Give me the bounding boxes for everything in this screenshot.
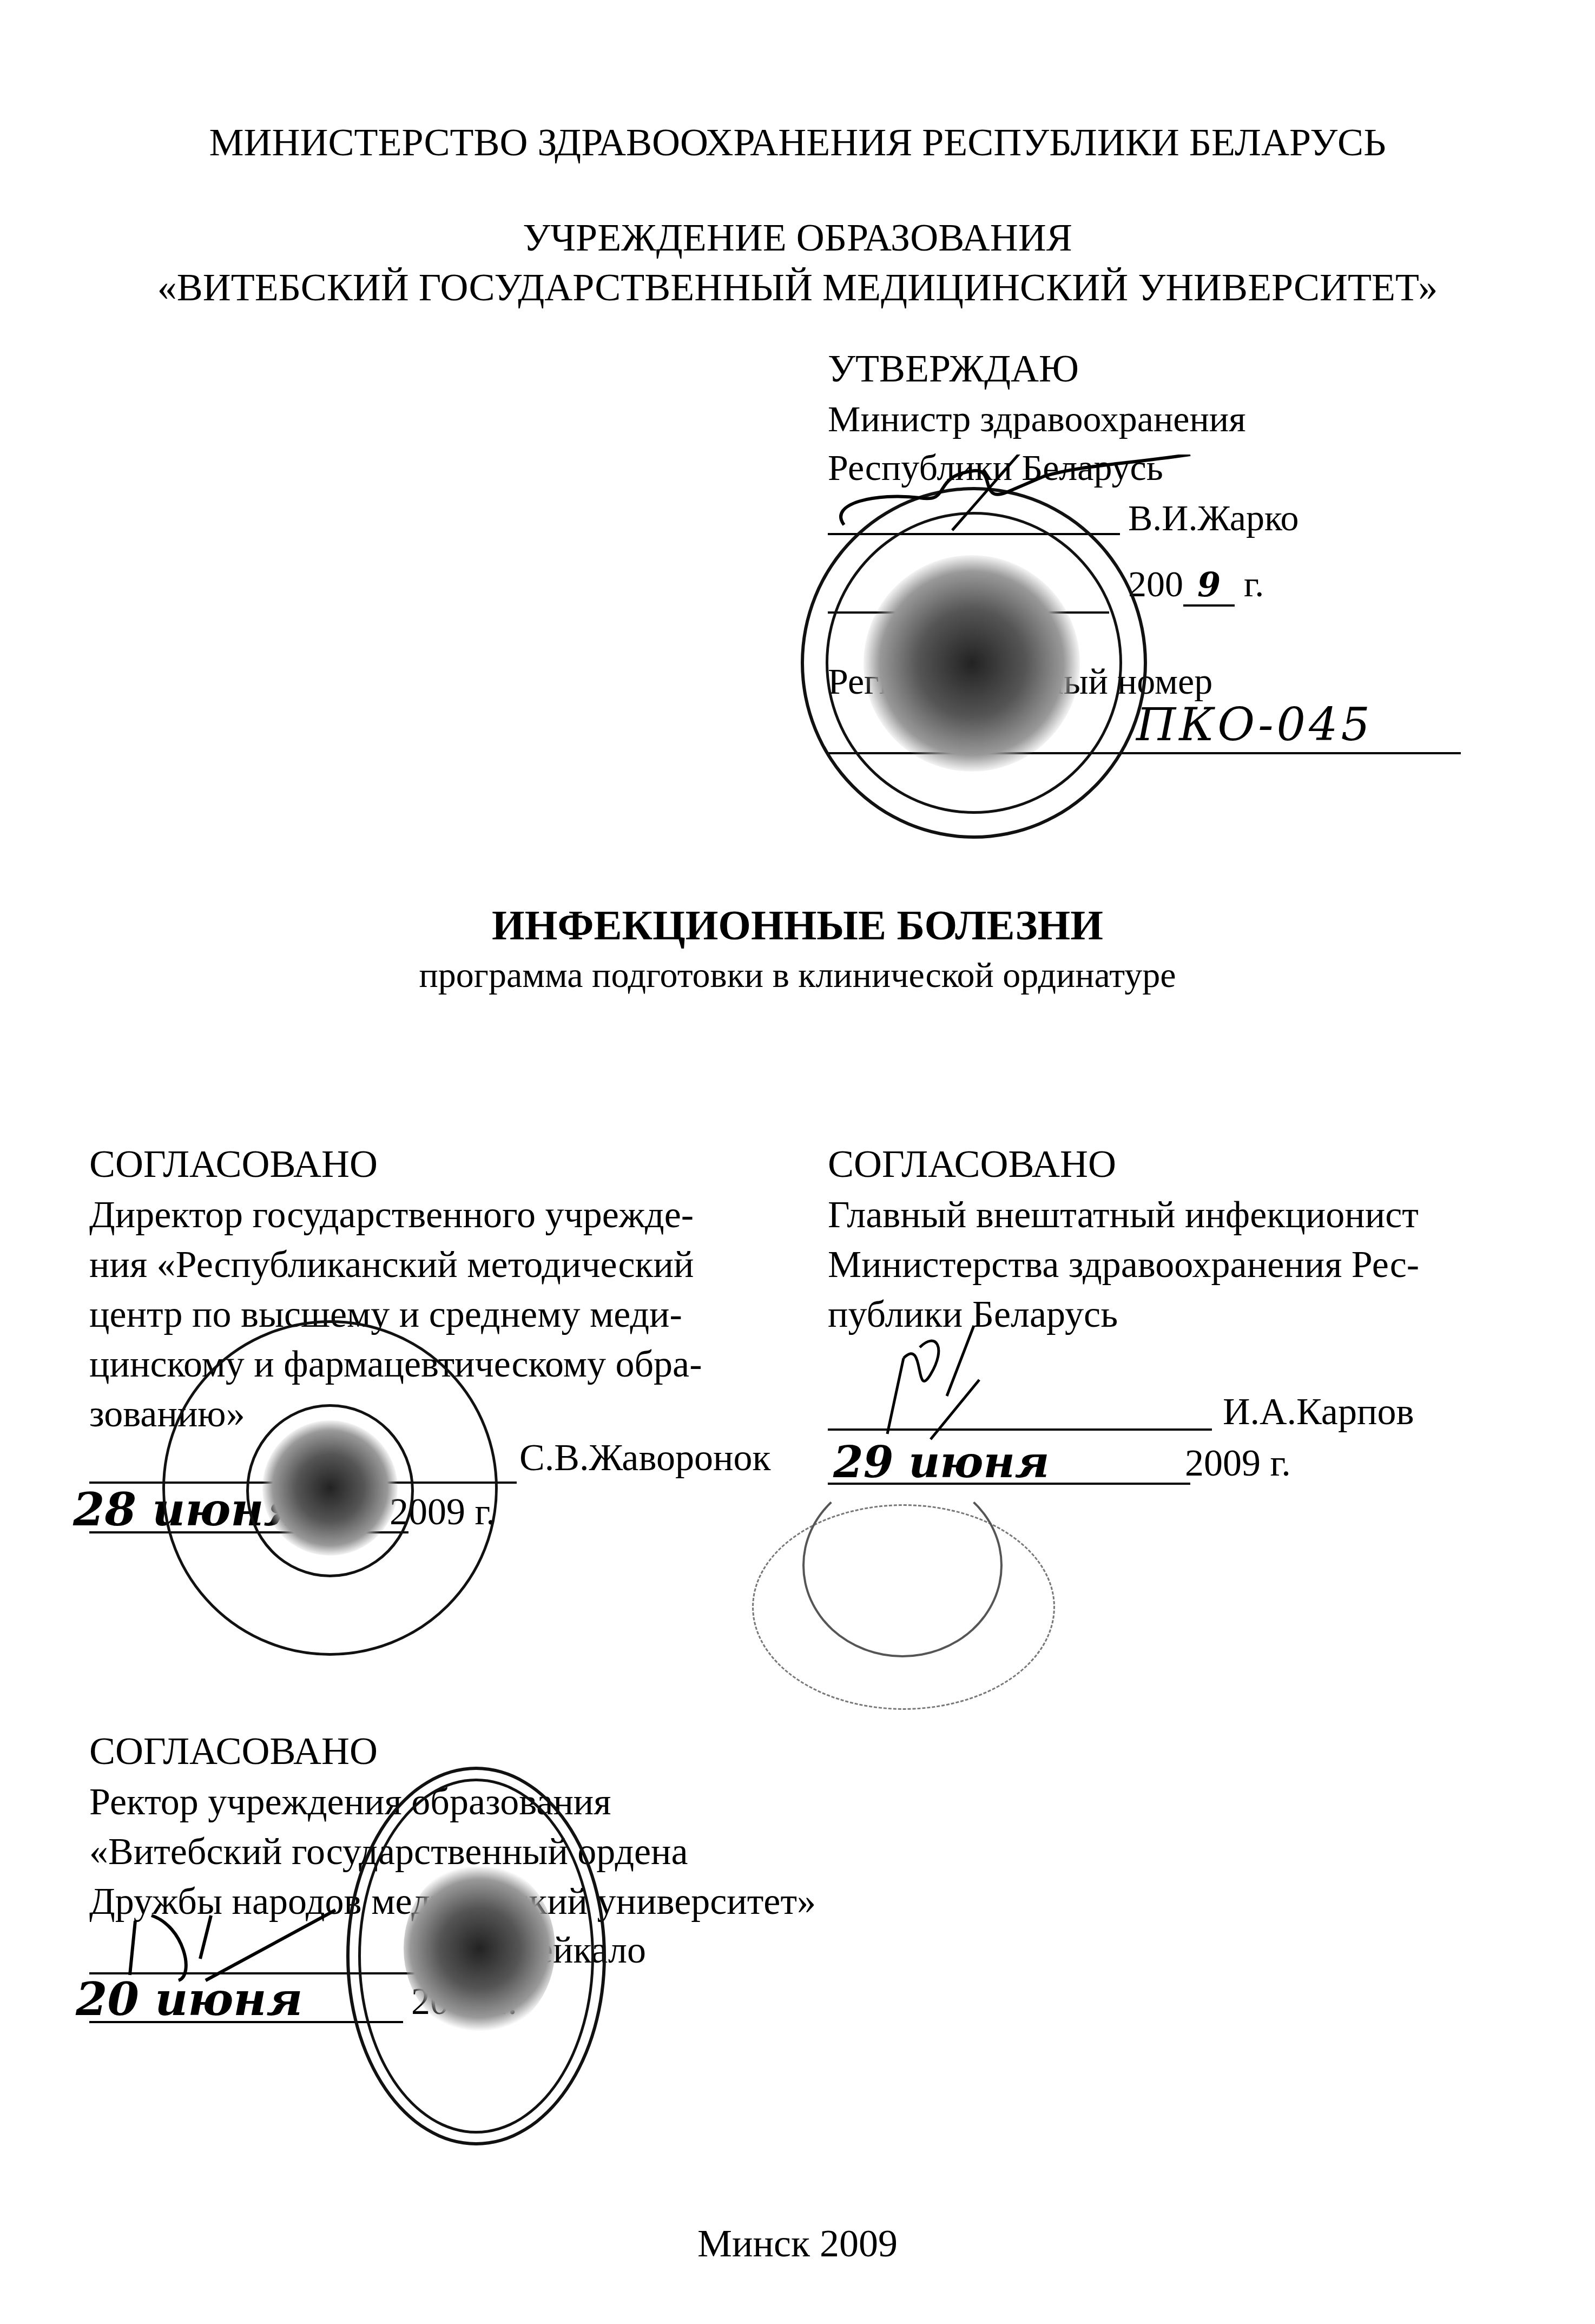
approval-year-handwritten: 9 <box>1183 565 1235 607</box>
agreement-heading: СОГЛАСОВАНО <box>828 1142 1116 1187</box>
agreement-heading: СОГЛАСОВАНО <box>89 1729 378 1774</box>
minister-signature-icon <box>812 455 1223 541</box>
karpov-signature-icon <box>866 1315 985 1456</box>
signature-line <box>828 1428 1212 1431</box>
agreement-line: ния «Республиканский методический <box>89 1240 702 1290</box>
university-stamp <box>346 1767 606 2145</box>
agreement-year: 2009 г. <box>1185 1442 1291 1485</box>
approval-heading: УТВЕРЖДАЮ <box>828 346 1079 391</box>
institution-type: УЧРЕЖДЕНИЕ ОБРАЗОВАНИЯ <box>0 215 1595 260</box>
approval-year: 2009 г. <box>1128 563 1264 607</box>
agreement-signatory: И.А.Карпов <box>1223 1391 1414 1434</box>
coat-of-arms-emblem-icon <box>864 555 1080 772</box>
coat-of-arms-emblem-icon <box>262 1420 398 1556</box>
agreement-line: Главный внештатный инфекционист <box>828 1190 1419 1240</box>
agreement-line: Директор государственного учрежде- <box>89 1190 702 1240</box>
approval-position-line1: Министр здравоохранения <box>828 398 1246 440</box>
agreement-heading: СОГЛАСОВАНО <box>89 1142 378 1187</box>
faint-stamp <box>752 1504 1055 1710</box>
agreement-line: центр по высшему и среднему меди- <box>89 1290 702 1340</box>
document-subtitle: программа подготовки в клинической ордин… <box>0 955 1595 996</box>
place-year: Минск 2009 <box>0 2221 1595 2266</box>
registration-number: ПКО-045 <box>1136 698 1373 751</box>
methodical-center-stamp <box>162 1320 498 1656</box>
coat-of-arms-emblem-icon <box>404 1862 555 2035</box>
agreement-signatory: С.В.Жаворонок <box>519 1437 770 1480</box>
ministry-header: МИНИСТЕРСТВО ЗДРАВООХРАНЕНИЯ РЕСПУБЛИКИ … <box>0 120 1595 165</box>
document-title: ИНФЕКЦИОННЫЕ БОЛЕЗНИ <box>0 901 1595 950</box>
agreement-line: Министерства здравоохранения Рес- <box>828 1240 1419 1290</box>
institution-name: «ВИТЕБСКИЙ ГОСУДАРСТВЕННЫЙ МЕДИЦИНСКИЙ У… <box>0 265 1595 310</box>
